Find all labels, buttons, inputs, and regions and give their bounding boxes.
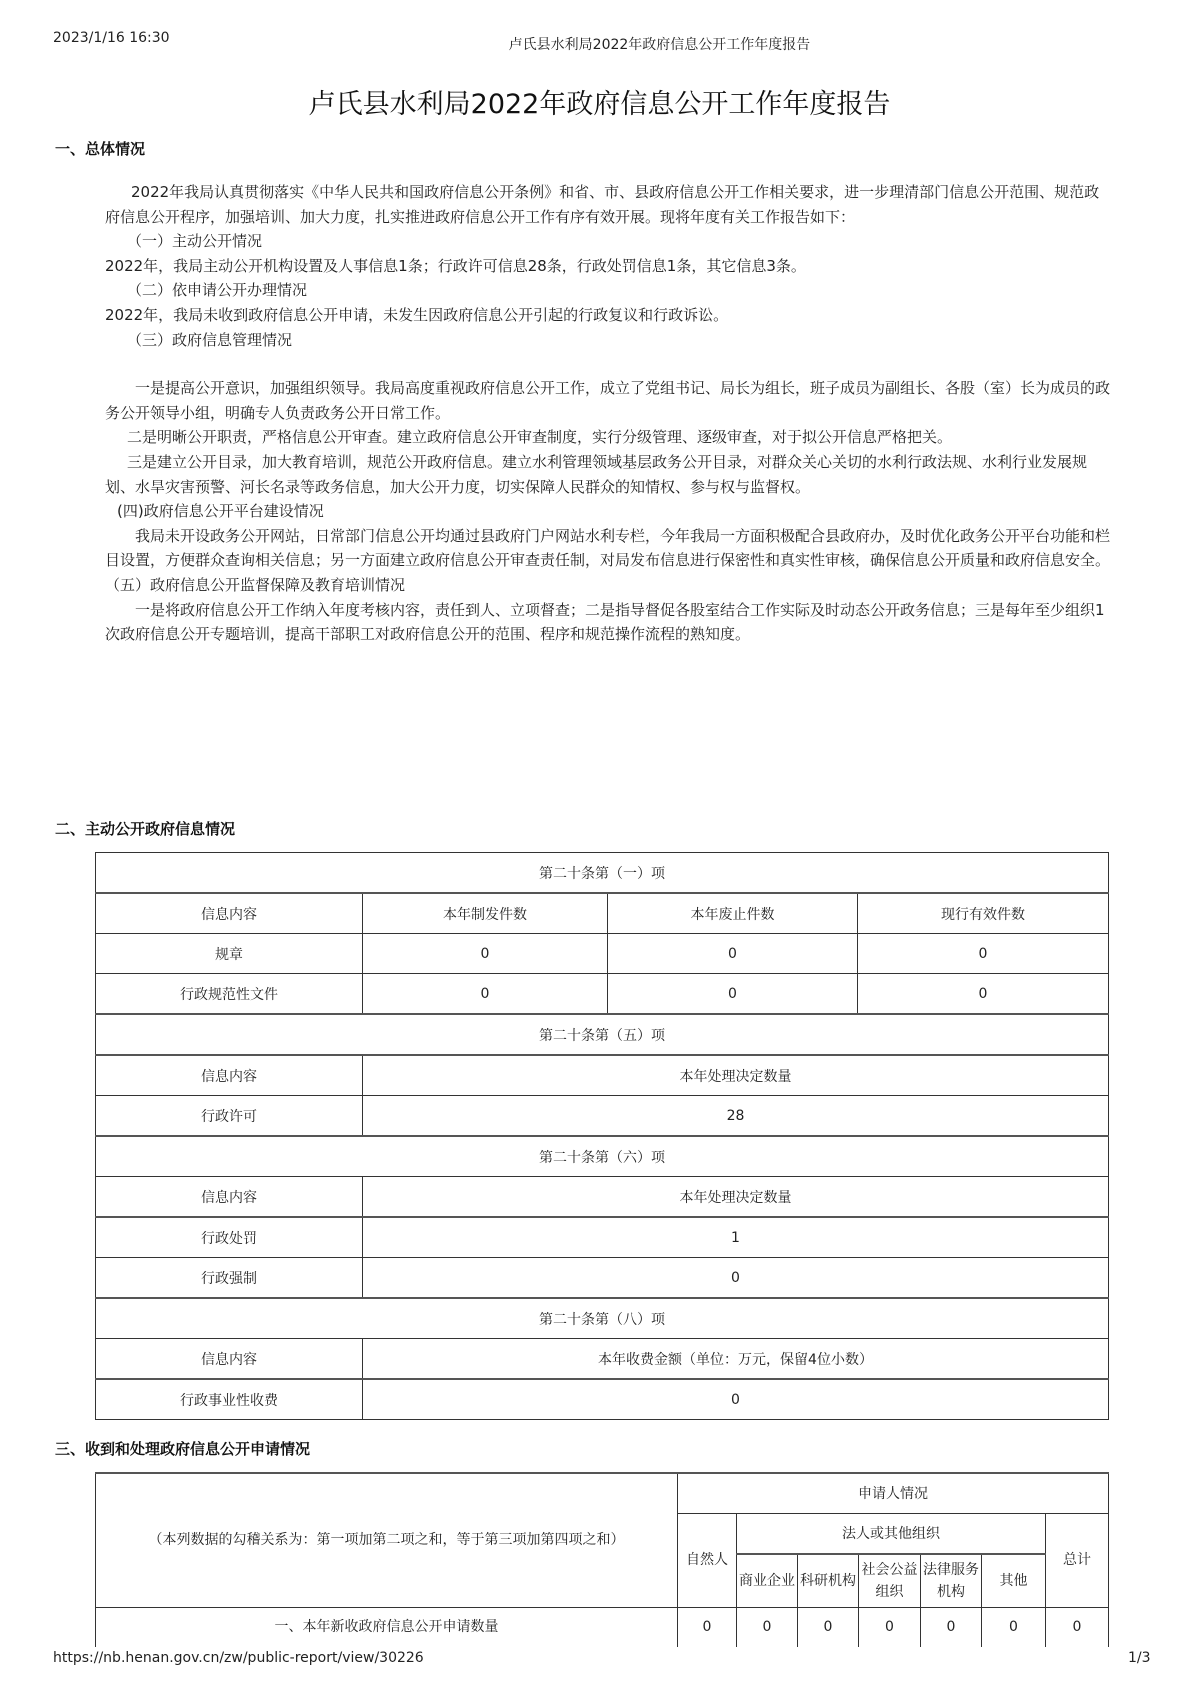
cell-value: 0	[678, 1607, 737, 1647]
cell-value: 0	[798, 1607, 859, 1647]
section-heading-proactive: 二、主动公开政府信息情况	[55, 818, 235, 839]
row-label: 行政许可	[96, 1096, 363, 1137]
org-type-header: 社会公益组织	[859, 1554, 921, 1607]
table-row: 规章 0 0 0	[96, 934, 1109, 974]
table-row: 信息内容 本年收费金额（单位：万元，保留4位小数）	[96, 1339, 1109, 1380]
cell-value: 0	[363, 934, 608, 974]
subsection-title-1: （一）主动公开情况	[105, 229, 1110, 254]
article-8-title: 第二十条第（八）项	[96, 1298, 1109, 1339]
print-header: 2023/1/16 16:30 卢氏县水利局2022年政府信息公开工作年度报告	[0, 30, 1199, 50]
column-header: 信息内容	[96, 1339, 363, 1380]
subsection-title-5: （五）政府信息公开监督保障及教育培训情况	[105, 573, 1110, 598]
table-row: 行政事业性收费 0	[96, 1379, 1109, 1420]
cell-value: 0	[858, 974, 1109, 1015]
cell-value: 0	[982, 1607, 1046, 1647]
legal-org-header: 法人或其他组织	[737, 1514, 1046, 1555]
page-url: https://nb.henan.gov.cn/zw/public-report…	[53, 1650, 424, 1666]
subsection-text-2: 2022年，我局未收到政府信息公开申请，未发生因政府信息公开引起的行政复议和行政…	[105, 303, 1110, 328]
column-header: 信息内容	[96, 1177, 363, 1218]
subsection-text-5: 一是将政府信息公开工作纳入年度考核内容，责任到人、立项督查；二是指导督促各股室结…	[105, 598, 1110, 647]
subsection-title-3: （三）政府信息管理情况	[105, 328, 1110, 353]
table-row: 信息内容 本年制发件数 本年废止件数 现行有效件数	[96, 893, 1109, 934]
row-label: 行政强制	[96, 1258, 363, 1299]
overview-body: 2022年我局认真贯彻落实《中华人民共和国政府信息公开条例》和省、市、县政府信息…	[105, 180, 1110, 647]
cell-value: 0	[363, 1258, 1109, 1299]
cell-value: 1	[363, 1217, 1109, 1258]
column-header: 现行有效件数	[858, 893, 1109, 934]
table-row: 第二十条第（一）项	[96, 853, 1109, 894]
table-row: 行政强制 0	[96, 1258, 1109, 1299]
table-row: （本列数据的勾稽关系为：第一项加第二项之和，等于第三项加第四项之和） 申请人情况	[96, 1473, 1109, 1514]
applicant-header: 申请人情况	[678, 1473, 1109, 1514]
row-label: 行政处罚	[96, 1217, 363, 1258]
org-type-header: 其他	[982, 1554, 1046, 1607]
column-header: 本年制发件数	[363, 893, 608, 934]
column-header: 信息内容	[96, 893, 363, 934]
table-row: 一、本年新收政府信息公开申请数量 0 0 0 0 0 0 0	[96, 1607, 1109, 1647]
org-type-header: 商业企业	[737, 1554, 798, 1607]
row-label: 一、本年新收政府信息公开申请数量	[96, 1607, 678, 1647]
requests-table: （本列数据的勾稽关系为：第一项加第二项之和，等于第三项加第四项之和） 申请人情况…	[95, 1472, 1109, 1647]
cell-value: 0	[1046, 1607, 1109, 1647]
page-title: 卢氏县水利局2022年政府信息公开工作年度报告	[0, 82, 1199, 121]
print-header-title: 卢氏县水利局2022年政府信息公开工作年度报告	[0, 34, 1199, 54]
cell-value: 0	[737, 1607, 798, 1647]
row-label: 行政事业性收费	[96, 1379, 363, 1420]
org-type-header: 法律服务机构	[921, 1554, 982, 1607]
total-header: 总计	[1046, 1514, 1109, 1608]
column-header: 本年废止件数	[608, 893, 858, 934]
row-label: 行政规范性文件	[96, 974, 363, 1015]
subsection-title-4: (四)政府信息公开平台建设情况	[105, 499, 1110, 524]
reconciliation-note: （本列数据的勾稽关系为：第一项加第二项之和，等于第三项加第四项之和）	[96, 1473, 678, 1607]
row-label: 规章	[96, 934, 363, 974]
page-number: 1/3	[1128, 1650, 1151, 1666]
table-row: 行政规范性文件 0 0 0	[96, 974, 1109, 1015]
section-heading-overview: 一、总体情况	[55, 138, 145, 159]
table-row: 第二十条第（八）项	[96, 1298, 1109, 1339]
table-row: 第二十条第（六）项	[96, 1136, 1109, 1177]
subsection-3-paragraph-3: 三是建立公开目录，加大教育培训，规范公开政府信息。建立水利管理领域基层政务公开目…	[105, 450, 1110, 499]
column-header: 本年收费金额（单位：万元，保留4位小数）	[363, 1339, 1109, 1380]
subsection-3-paragraph-1: 一是提高公开意识，加强组织领导。我局高度重视政府信息公开工作，成立了党组书记、局…	[105, 376, 1110, 425]
column-header: 本年处理决定数量	[363, 1177, 1109, 1218]
article-6-title: 第二十条第（六）项	[96, 1136, 1109, 1177]
subsection-text-1: 2022年，我局主动公开机构设置及人事信息1条；行政许可信息28条，行政处罚信息…	[105, 254, 1110, 279]
section-heading-requests: 三、收到和处理政府信息公开申请情况	[55, 1438, 310, 1459]
cell-value: 0	[921, 1607, 982, 1647]
cell-value: 28	[363, 1096, 1109, 1137]
subsection-3-paragraph-2: 二是明晰公开职责，严格信息公开审查。建立政府信息公开审查制度，实行分级管理、逐级…	[105, 425, 1110, 450]
table-row: 信息内容 本年处理决定数量	[96, 1055, 1109, 1096]
article-5-title: 第二十条第（五）项	[96, 1014, 1109, 1055]
intro-paragraph: 2022年我局认真贯彻落实《中华人民共和国政府信息公开条例》和省、市、县政府信息…	[105, 180, 1110, 229]
article-1-title: 第二十条第（一）项	[96, 853, 1109, 894]
subsection-title-2: （二）依申请公开办理情况	[105, 278, 1110, 303]
cell-value: 0	[859, 1607, 921, 1647]
table-row: 行政处罚 1	[96, 1217, 1109, 1258]
cell-value: 0	[363, 1379, 1109, 1420]
column-header: 本年处理决定数量	[363, 1055, 1109, 1096]
cell-value: 0	[363, 974, 608, 1015]
column-header: 信息内容	[96, 1055, 363, 1096]
org-type-header: 科研机构	[798, 1554, 859, 1607]
proactive-disclosure-table: 第二十条第（一）项 信息内容 本年制发件数 本年废止件数 现行有效件数 规章 0…	[95, 852, 1109, 1420]
natural-person-header: 自然人	[678, 1514, 737, 1608]
table-row: 第二十条第（五）项	[96, 1014, 1109, 1055]
subsection-text-4: 我局未开设政务公开网站，日常部门信息公开均通过县政府门户网站水利专栏，今年我局一…	[105, 524, 1110, 573]
cell-value: 0	[608, 934, 858, 974]
cell-value: 0	[858, 934, 1109, 974]
cell-value: 0	[608, 974, 858, 1015]
table-row: 信息内容 本年处理决定数量	[96, 1177, 1109, 1218]
table-row: 行政许可 28	[96, 1096, 1109, 1137]
